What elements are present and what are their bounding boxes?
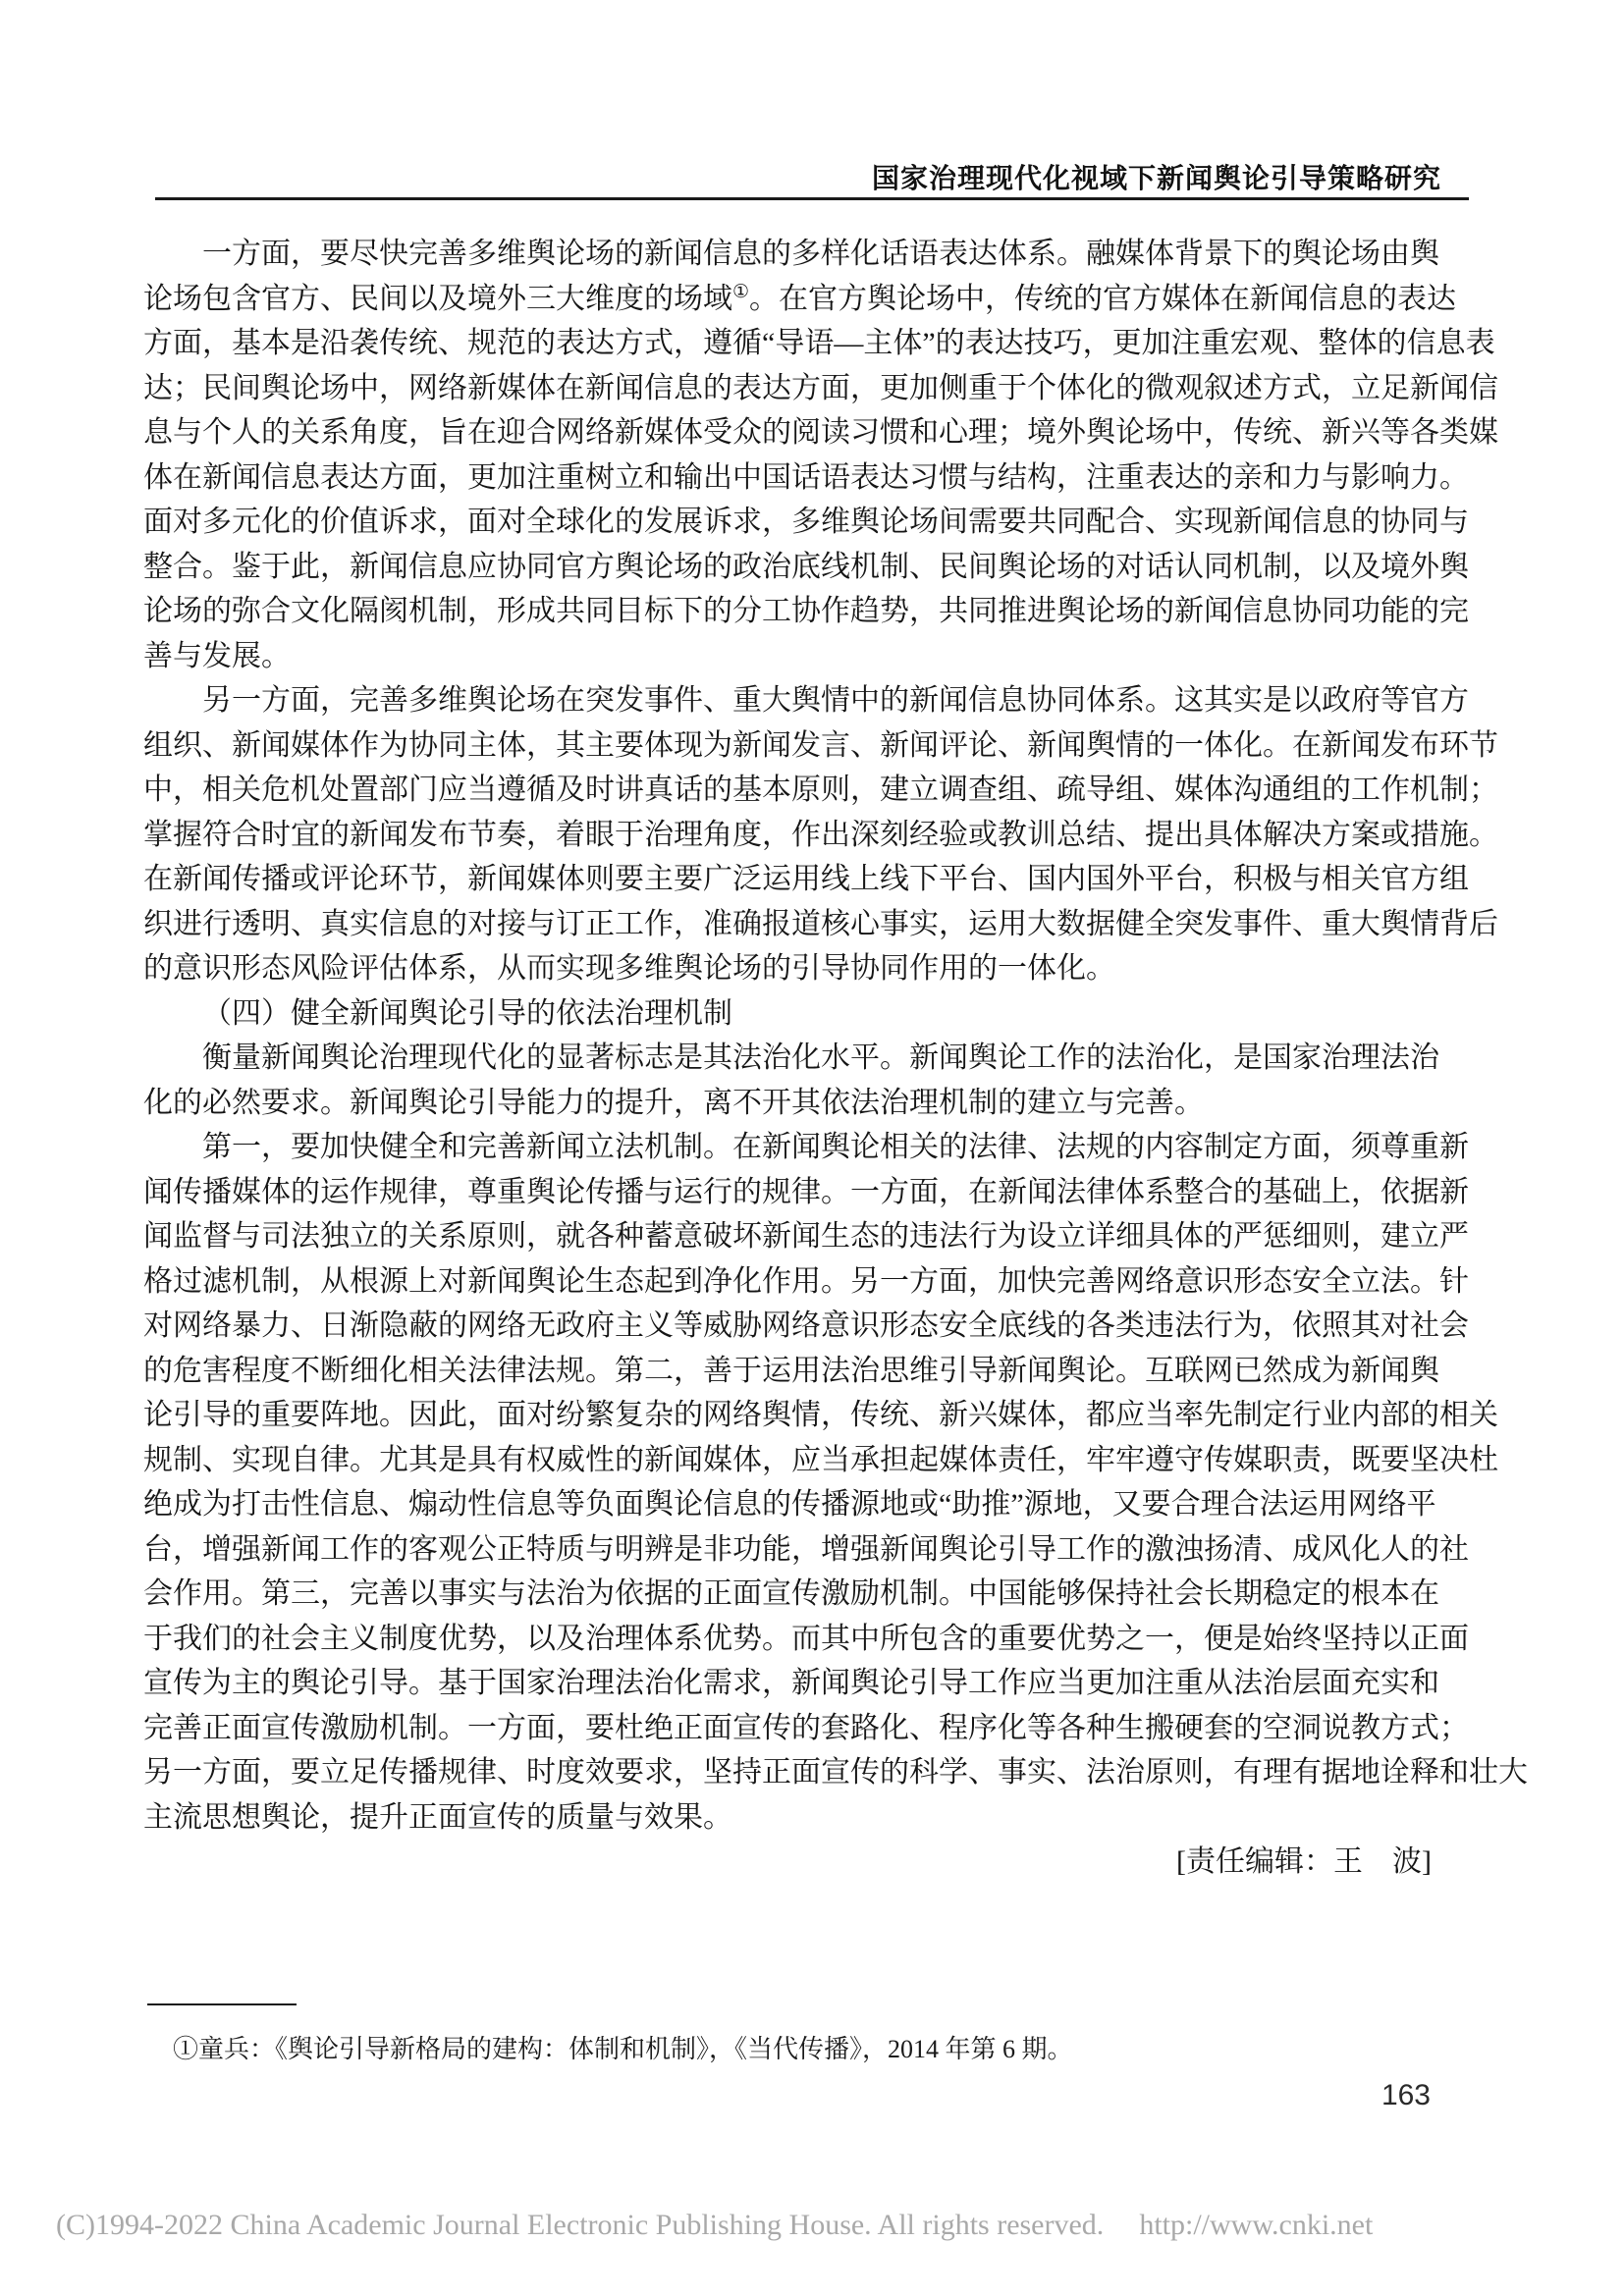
body-line: 另一方面，要立足传播规律、时度效要求，坚持正面宣传的科学、事实、法治原则，有理有… bbox=[143, 1750, 1441, 1795]
footer-bar: (C)1994-2022 China Academic Journal Elec… bbox=[56, 2209, 1585, 2242]
body-line: 于我们的社会主义制度优势，以及治理体系优势。而其中所包含的重要优势之一，便是始终… bbox=[143, 1617, 1441, 1662]
body-line: 主流思想舆论，提升正面宣传的质量与效果。 bbox=[143, 1795, 1441, 1841]
journal-page: 国家治理现代化视域下新闻舆论引导策略研究 一方面，要尽快完善多维舆论场的新闻信息… bbox=[0, 0, 1624, 2296]
page-number: 163 bbox=[1381, 2079, 1431, 2112]
editor-note: [责任编辑：王 波] bbox=[143, 1840, 1441, 1885]
body-line: 织进行透明、真实信息的对接与订正工作，准确报道核心事实，运用大数据健全突发事件、… bbox=[143, 902, 1441, 947]
body-line: 整合。鉴于此，新闻信息应协同官方舆论场的政治底线机制、民间舆论场的对话认同机制，… bbox=[143, 545, 1441, 590]
footnote-ref-1: ① bbox=[732, 282, 749, 302]
body-line: 格过滤机制，从根源上对新闻舆论生态起到净化作用。另一方面，加快完善网络意识形态安… bbox=[143, 1259, 1441, 1305]
body-line: 息与个人的关系角度，旨在迎合网络新媒体受众的阅读习惯和心理；境外舆论场中，传统、… bbox=[143, 410, 1441, 455]
body-line: 闻传播媒体的运作规律，尊重舆论传播与运行的规律。一方面，在新闻法律体系整合的基础… bbox=[143, 1170, 1441, 1215]
body-line: 组织、新闻媒体作为协同主体，其主要体现为新闻发言、新闻评论、新闻舆情的一体化。在… bbox=[143, 723, 1441, 769]
body-line: 台，增强新闻工作的客观公正特质与明辨是非功能，增强新闻舆论引导工作的激浊扬清、成… bbox=[143, 1527, 1441, 1573]
footnote-rule bbox=[147, 2003, 297, 2005]
body-line: 的意识形态风险评估体系，从而实现多维舆论场的引导协同作用的一体化。 bbox=[143, 946, 1441, 991]
footnote-text: ①童兵：《舆论引导新格局的建构：体制和机制》，《当代传播》，2014 年第 6 … bbox=[143, 2030, 1441, 2069]
section-heading: （四）健全新闻舆论引导的依法治理机制 bbox=[143, 991, 1441, 1037]
body-line: 对网络暴力、日渐隐蔽的网络无政府主义等威胁网络意识形态安全底线的各类违法行为，依… bbox=[143, 1304, 1441, 1349]
running-title: 国家治理现代化视域下新闻舆论引导策略研究 bbox=[872, 157, 1441, 196]
body-line: 的危害程度不断细化相关法律法规。第二，善于运用法治思维引导新闻舆论。互联网已然成… bbox=[143, 1349, 1441, 1394]
body-line: 完善正面宣传激励机制。一方面，要杜绝正面宣传的套路化、程序化等各种生搬硬套的空洞… bbox=[143, 1706, 1441, 1751]
body-line: 一方面，要尽快完善多维舆论场的新闻信息的多样化话语表达体系。融媒体背景下的舆论场… bbox=[143, 232, 1441, 277]
body-line: 达；民间舆论场中，网络新媒体在新闻信息的表达方面，更加侧重于个体化的微观叙述方式… bbox=[143, 366, 1441, 411]
body-line: 论引导的重要阵地。因此，面对纷繁复杂的网络舆情，传统、新兴媒体，都应当率先制定行… bbox=[143, 1393, 1441, 1438]
body-line: 方面，基本是沿袭传统、规范的表达方式，遵循“导语—主体”的表达技巧，更加注重宏观… bbox=[143, 321, 1441, 366]
body-line: 论场的弥合文化隔阂机制，形成共同目标下的分工协作趋势，共同推进舆论场的新闻信息协… bbox=[143, 589, 1441, 634]
body-line: 中，相关危机处置部门应当遵循及时讲真话的基本原则，建立调查组、疏导组、媒体沟通组… bbox=[143, 768, 1441, 813]
body-line: 衡量新闻舆论治理现代化的显著标志是其法治化水平。新闻舆论工作的法治化，是国家治理… bbox=[143, 1036, 1441, 1081]
body-line: 面对多元化的价值诉求，面对全球化的发展诉求，多维舆论场间需要共同配合、实现新闻信… bbox=[143, 500, 1441, 545]
body-line: 体在新闻信息表达方面，更加注重树立和输出中国话语表达习惯与结构，注重表达的亲和力… bbox=[143, 455, 1441, 501]
header-rule bbox=[155, 197, 1469, 200]
body-line: 宣传为主的舆论引导。基于国家治理法治化需求，新闻舆论引导工作应当更加注重从法治层… bbox=[143, 1661, 1441, 1706]
body-line: 另一方面，完善多维舆论场在突发事件、重大舆情中的新闻信息协同体系。这其实是以政府… bbox=[143, 678, 1441, 723]
body-line: 会作用。第三，完善以事实与法治为依据的正面宣传激励机制。中国能够保持社会长期稳定… bbox=[143, 1572, 1441, 1617]
body-line: 绝成为打击性信息、煽动性信息等负面舆论信息的传播源地或“助推”源地，又要合理合法… bbox=[143, 1482, 1441, 1527]
body-line: 第一，要加快健全和完善新闻立法机制。在新闻舆论相关的法律、法规的内容制定方面，须… bbox=[143, 1125, 1441, 1170]
body-line: 闻监督与司法独立的关系原则，就各种蓄意破坏新闻生态的违法行为设立详细具体的严惩细… bbox=[143, 1214, 1441, 1259]
footer-url[interactable]: http://www.cnki.net bbox=[1139, 2209, 1373, 2242]
body-line: 在新闻传播或评论环节，新闻媒体则要主要广泛运用线上线下平台、国内国外平台，积极与… bbox=[143, 857, 1441, 902]
article-body: 一方面，要尽快完善多维舆论场的新闻信息的多样化话语表达体系。融媒体背景下的舆论场… bbox=[143, 232, 1441, 1885]
body-line: 掌握符合时宜的新闻发布节奏，着眼于治理角度，作出深刻经验或教训总结、提出具体解决… bbox=[143, 813, 1441, 858]
body-line: 规制、实现自律。尤其是具有权威性的新闻媒体，应当承担起媒体责任，牢牢遵守传媒职责… bbox=[143, 1438, 1441, 1483]
footer-copyright: (C)1994-2022 China Academic Journal Elec… bbox=[56, 2209, 1104, 2242]
body-line: 化的必然要求。新闻舆论引导能力的提升，离不开其依法治理机制的建立与完善。 bbox=[143, 1081, 1441, 1126]
body-line: 论场包含官方、民间以及境外三大维度的场域①。在官方舆论场中，传统的官方媒体在新闻… bbox=[143, 277, 1441, 322]
body-line: 善与发展。 bbox=[143, 634, 1441, 679]
